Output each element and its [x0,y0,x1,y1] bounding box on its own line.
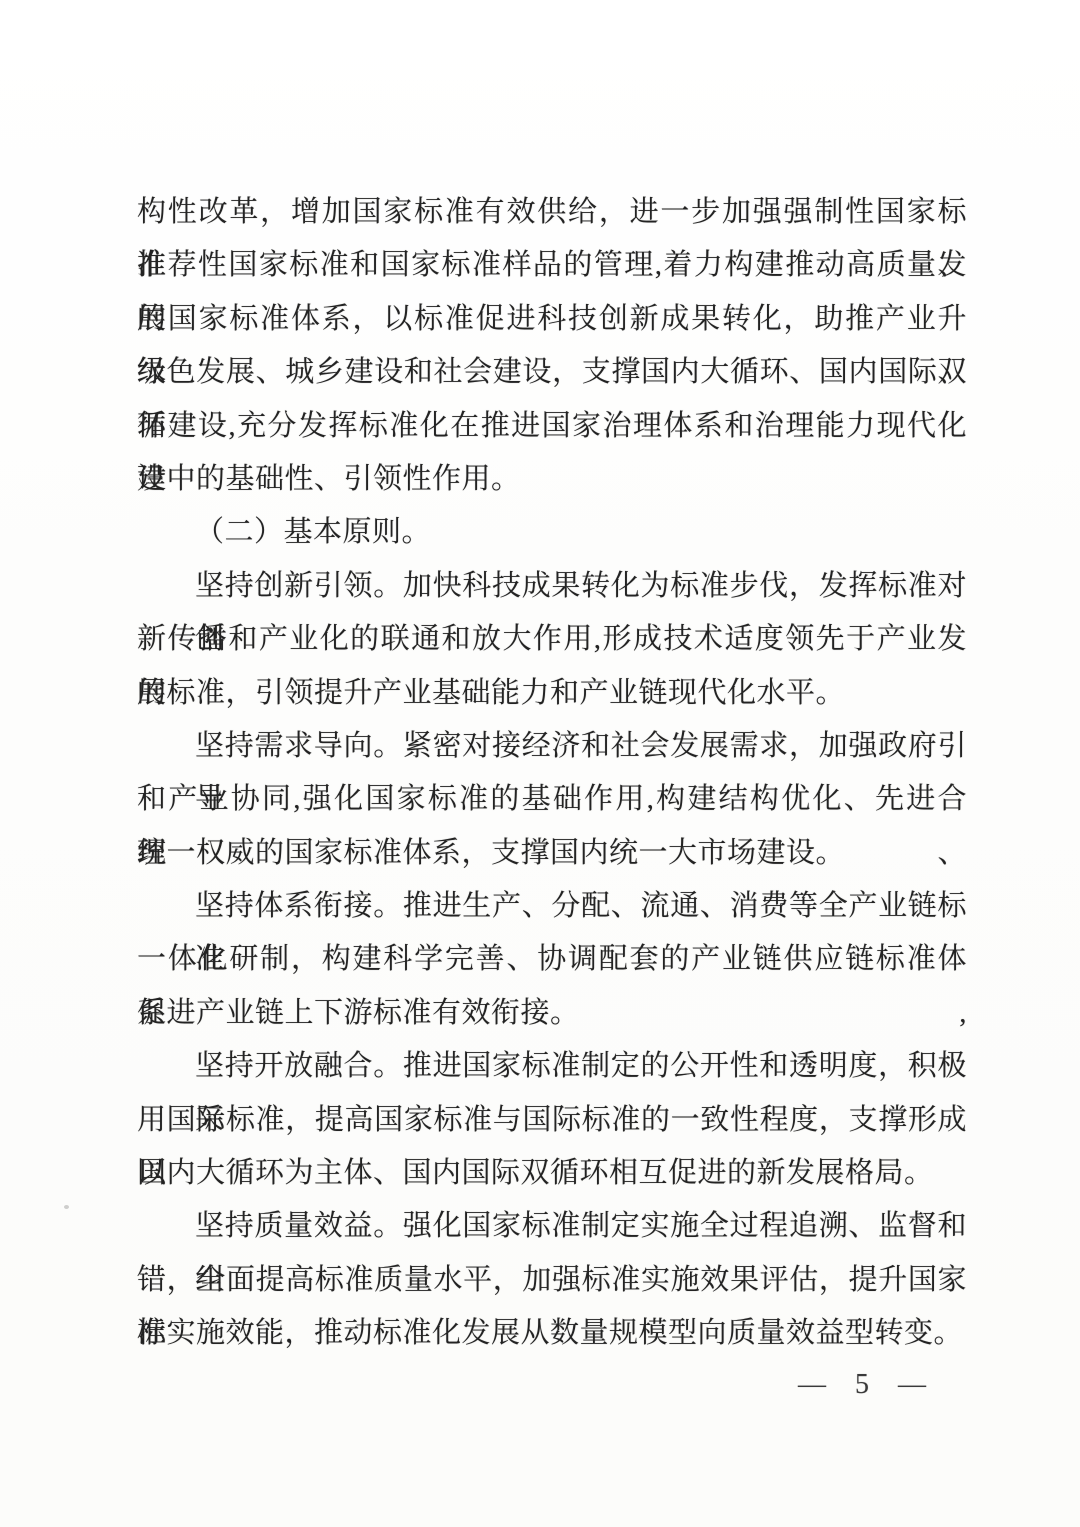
text-line: 错，全面提高标准质量水平，加强标准实施效果评估，提升国家标 [137,1254,967,1307]
text-line: 推荐性国家标准和国家标准样品的管理,着力构建推动高质量发展 [137,239,967,292]
text-line: 统一权威的国家标准体系，支撑国内统一大市场建设。 [137,827,967,880]
text-line: 的国家标准体系，以标准促进科技创新成果转化，助推产业升级、 [137,293,967,346]
text-line: 坚持开放融合。推进国家标准制定的公开性和透明度，积极采 [137,1040,967,1093]
section-heading: （二）基本原则。 [137,506,967,559]
text-line: 的标准，引领提升产业基础能力和产业链现代化水平。 [137,667,967,720]
text-line: 新传播和产业化的联通和放大作用,形成技术适度领先于产业发展 [137,613,967,666]
document-page: 构性改革，增加国家标准有效供给，进一步加强强制性国家标准、 推荐性国家标准和国家… [0,0,1080,1527]
scan-artifact [64,1205,69,1209]
text-line: 构性改革，增加国家标准有效供给，进一步加强强制性国家标准、 [137,186,967,239]
text-line: 国内大循环为主体、国内国际双循环相互促进的新发展格局。 [137,1147,967,1200]
text-line: 坚持创新引领。加快科技成果转化为标准步伐，发挥标准对创 [137,560,967,613]
text-line: 用国际标准，提高国家标准与国际标准的一致性程度，支撑形成以 [137,1094,967,1147]
text-line: 坚持质量效益。强化国家标准制定实施全过程追溯、监督和纠 [137,1200,967,1253]
text-line: 坚持需求导向。紧密对接经济和社会发展需求，加强政府引导 [137,720,967,773]
page-number: — 5 — [798,1362,932,1408]
text-line: 一体化研制，构建科学完善、协调配套的产业链供应链标准体系, [137,933,967,986]
text-line: 坚持体系衔接。推进生产、分配、流通、消费等全产业链标准 [137,880,967,933]
text-line: 设中的基础性、引领性作用。 [137,453,967,506]
document-text: 构性改革，增加国家标准有效供给，进一步加强强制性国家标准、 推荐性国家标准和国家… [137,186,967,1361]
text-line: 和产业协同,强化国家标准的基础作用,构建结构优化、先进合理、 [137,773,967,826]
text-line: 环建设,充分发挥标准化在推进国家治理体系和治理能力现代化建 [137,400,967,453]
text-line: 准实施效能，推动标准化发展从数量规模型向质量效益型转变。 [137,1307,967,1360]
text-line: 绿色发展、城乡建设和社会建设，支撑国内大循环、国内国际双循 [137,346,967,399]
